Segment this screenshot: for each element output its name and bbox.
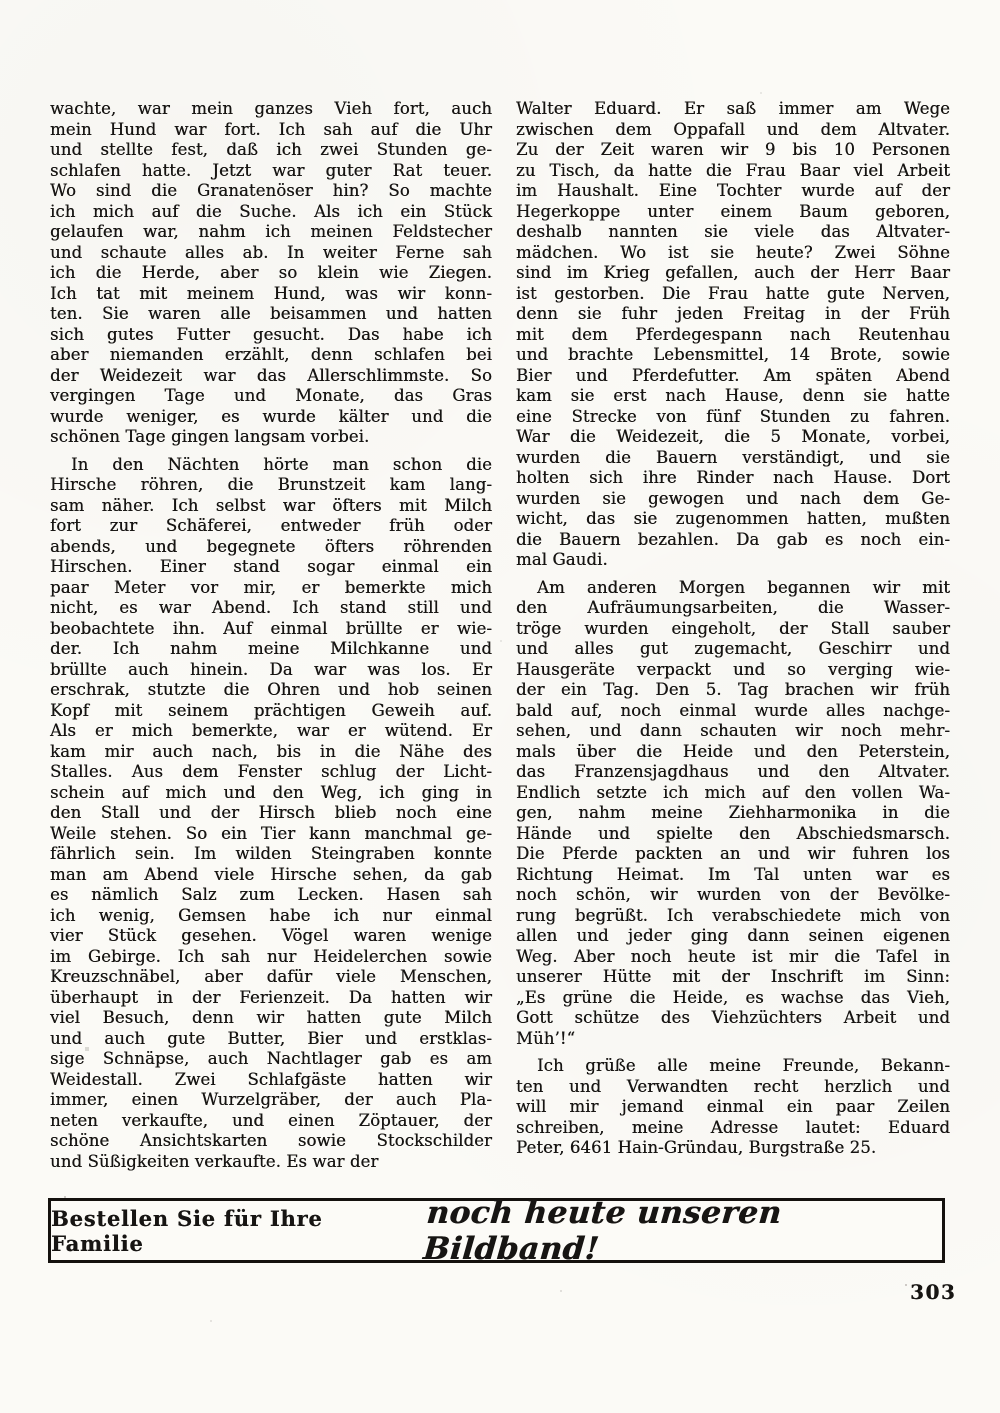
text-line: Bier und Pferdefutter. Am späten Abend <box>516 366 950 387</box>
text-line: kam mir auch nach, bis in die Nähe des <box>50 742 492 763</box>
text-line: schein auf mich und den Weg, ich ging in <box>50 783 492 804</box>
text-line: mädchen. Wo ist sie heute? Zwei Söhne <box>516 243 950 264</box>
text-line: Peter, 6461 Hain-Gründau, Burgstraße 25. <box>516 1138 950 1159</box>
text-line: den Aufräumungsarbeiten, die Wasser- <box>516 598 950 619</box>
text-line: Als er mich bemerkte, war er wütend. Er <box>50 721 492 742</box>
text-line: nicht, es war Abend. Ich stand still und <box>50 598 492 619</box>
text-line: gen, nahm meine Ziehharmonika in die <box>516 803 950 824</box>
text-line: neten verkaufte, und einen Zöptauer, der <box>50 1111 492 1132</box>
text-line: ist gestorben. Die Frau hatte gute Nerve… <box>516 284 950 305</box>
text-line: Zu der Zeit waren wir 9 bis 10 Personen <box>516 140 950 161</box>
scan-specks <box>0 0 2 2</box>
text-line: Richtung Heimat. Im Tal unten war es <box>516 865 950 886</box>
text-line: aber niemanden erzählt, denn schlafen be… <box>50 345 492 366</box>
text-line: erschrak, stutzte die Ohren und hob sein… <box>50 680 492 701</box>
text-line: im Haushalt. Eine Tochter wurde auf der <box>516 181 950 202</box>
text-line: sam näher. Ich selbst war öfters mit Mil… <box>50 496 492 517</box>
text-line: abends, und begegnete öfters röhrenden <box>50 537 492 558</box>
text-line: ten. Sie waren alle beisammen und hatten <box>50 304 492 325</box>
text-line: vergingen Tage und Monate, das Gras <box>50 386 492 407</box>
text-line: will mir jemand einmal ein paar Zeilen <box>516 1097 950 1118</box>
text-line: sind im Krieg gefallen, auch der Herr Ba… <box>516 263 950 284</box>
text-line: und alles gut zugemacht, Geschirr und <box>516 639 950 660</box>
text-line: Ich grüße alle meine Freunde, Bekann- <box>516 1056 950 1077</box>
text-line: im Gebirge. Ich sah nur Heidelerchen sow… <box>50 947 492 968</box>
left-column: wachte, war mein ganzes Vieh fort, auchm… <box>50 99 492 1172</box>
text-line: fährlich sein. Im wilden Steingraben kon… <box>50 844 492 865</box>
text-line: wurde weniger, es wurde kälter und die <box>50 407 492 428</box>
text-line: Stalles. Aus dem Fenster schlug der Lich… <box>50 762 492 783</box>
order-banner: Bestellen Sie für Ihre Familie noch heut… <box>48 1198 945 1263</box>
text-line: Weg. Aber noch heute ist mir die Tafel i… <box>516 947 950 968</box>
text-line: und stellte fest, daß ich zwei Stunden g… <box>50 140 492 161</box>
text-line: eine Strecke von fünf Stunden zu fahren. <box>516 407 950 428</box>
text-line: Die Pferde packten an und wir fuhren los <box>516 844 950 865</box>
text-line: allen und jeder ging dann seinen eigenen <box>516 926 950 947</box>
text-line: und brachte Lebensmittel, 14 Brote, sowi… <box>516 345 950 366</box>
text-line: War die Weidezeit, die 5 Monate, vorbei, <box>516 427 950 448</box>
text-line: überhaupt in der Ferienzeit. Da hatten w… <box>50 988 492 1009</box>
text-line: deshalb nannten sie viele das Altvater- <box>516 222 950 243</box>
text-line: bald auf, noch einmal wurde alles nachge… <box>516 701 950 722</box>
text-line: Hirsche röhren, die Brunstzeit kam lang- <box>50 475 492 496</box>
text-line: Kreuzschnäbel, aber dafür viele Menschen… <box>50 967 492 988</box>
banner-headline: noch heute unseren Bildband! <box>422 1195 945 1267</box>
text-line: noch schön, wir wurden von der Bevölke- <box>516 885 950 906</box>
text-line: ich die Herde, aber so klein wie Ziegen. <box>50 263 492 284</box>
text-line: Hände und spielte den Abschiedsmarsch. <box>516 824 950 845</box>
right-column: Walter Eduard. Er saß immer am Wegezwisc… <box>516 99 950 1172</box>
text-line: kam sie erst nach Hause, denn sie hatte <box>516 386 950 407</box>
text-line: fort zur Schäferei, entweder früh oder <box>50 516 492 537</box>
text-line: ich mich auf die Suche. Als ich ein Stüc… <box>50 202 492 223</box>
text-line: Ich tat mit meinem Hund, was wir konn- <box>50 284 492 305</box>
paragraph: Walter Eduard. Er saß immer am Wegezwisc… <box>516 99 950 571</box>
text-line: und schaute alles ab. In weiter Ferne sa… <box>50 243 492 264</box>
text-line: Müh’!“ <box>516 1029 950 1050</box>
text-line: man am Abend viele Hirsche sehen, da gab <box>50 865 492 886</box>
text-line: mal Gaudi. <box>516 550 950 571</box>
text-line: schönen Tage gingen langsam vorbei. <box>50 427 492 448</box>
text-line: wachte, war mein ganzes Vieh fort, auch <box>50 99 492 120</box>
text-line: gelaufen war, nahm ich meinen Feldsteche… <box>50 222 492 243</box>
text-line: mals über die Heide und den Peterstein, <box>516 742 950 763</box>
text-line: es nämlich Salz zum Lecken. Hasen sah <box>50 885 492 906</box>
text-line: sehen, und dann schauten wir noch mehr- <box>516 721 950 742</box>
text-line: und auch gute Butter, Bier und erstklas- <box>50 1029 492 1050</box>
text-line: Gott schütze des Viehzüchters Arbeit und <box>516 1008 950 1029</box>
text-line: schlafen hatte. Jetzt war guter Rat teue… <box>50 161 492 182</box>
text-line: holten sich ihre Rinder nach Hause. Dort <box>516 468 950 489</box>
text-line: der. Ich nahm meine Milchkanne und <box>50 639 492 660</box>
text-line: zu Tisch, da hatte die Frau Baar viel Ar… <box>516 161 950 182</box>
text-line: wurden sie gewogen und nach dem Ge- <box>516 489 950 510</box>
text-line: sige Schnäpse, auch Nachtlager gab es am <box>50 1049 492 1070</box>
text-line: wicht, das sie zugenommen hatten, mußten <box>516 509 950 530</box>
text-line: die Bauern bezahlen. Da gab es noch ein- <box>516 530 950 551</box>
text-line: schreiben, meine Adresse lautet: Eduard <box>516 1118 950 1139</box>
text-line: unserer Hütte mit der Inschrift im Sinn: <box>516 967 950 988</box>
text-line: denn sie fuhr jeden Freitag in der Früh <box>516 304 950 325</box>
text-line: Weidestall. Zwei Schlafgäste hatten wir <box>50 1070 492 1091</box>
text-line: Walter Eduard. Er saß immer am Wege <box>516 99 950 120</box>
text-line: viel Besuch, denn wir hatten gute Milch <box>50 1008 492 1029</box>
text-line: Am anderen Morgen begannen wir mit <box>516 578 950 599</box>
text-line: ten und Verwandten recht herzlich und <box>516 1077 950 1098</box>
text-line: und Süßigkeiten verkaufte. Es war der <box>50 1152 492 1173</box>
paragraph: wachte, war mein ganzes Vieh fort, auchm… <box>50 99 492 448</box>
text-line: tröge wurden eingeholt, der Stall sauber <box>516 619 950 640</box>
banner-label: Bestellen Sie für Ihre Familie <box>51 1206 399 1256</box>
text-line: „Es grüne die Heide, es wachse das Vieh, <box>516 988 950 1009</box>
text-line: schöne Ansichtskarten sowie Stockschilde… <box>50 1131 492 1152</box>
text-line: vier Stück gesehen. Vögel waren wenige <box>50 926 492 947</box>
text-line: der Weidezeit war das Allerschlimmste. S… <box>50 366 492 387</box>
text-line: das Franzensjagdhaus und den Altvater. <box>516 762 950 783</box>
text-line: Hegerkoppe unter einem Baum geboren, <box>516 202 950 223</box>
text-line: der ein Tag. Den 5. Tag brachen wir früh <box>516 680 950 701</box>
text-line: Hausgeräte verpackt und so verging wie- <box>516 660 950 681</box>
text-line: den Stall und der Hirsch blieb noch eine <box>50 803 492 824</box>
paragraph: Am anderen Morgen begannen wir mitden Au… <box>516 578 950 1050</box>
text-line: In den Nächten hörte man schon die <box>50 455 492 476</box>
text-line: Wo sind die Granatenöser hin? So machte <box>50 181 492 202</box>
text-line: Endlich setzte ich mich auf den vollen W… <box>516 783 950 804</box>
paragraph: Ich grüße alle meine Freunde, Bekann-ten… <box>516 1056 950 1159</box>
page-number: 303 <box>910 1280 956 1304</box>
text-line: rung begrüßt. Ich verabschiedete mich vo… <box>516 906 950 927</box>
text-line: Kopf mit seinem prächtigen Geweih auf. <box>50 701 492 722</box>
text-line: wurden die Bauern verständigt, und sie <box>516 448 950 469</box>
text-line: sich gutes Futter gesucht. Das habe ich <box>50 325 492 346</box>
paragraph: In den Nächten hörte man schon dieHirsch… <box>50 455 492 1173</box>
text-line: immer, einen Wurzelgräber, der auch Pla- <box>50 1090 492 1111</box>
text-line: Hirschen. Einer stand sogar einmal ein <box>50 557 492 578</box>
text-line: brüllte auch hinein. Da war was los. Er <box>50 660 492 681</box>
text-line: Weile stehen. So ein Tier kann manchmal … <box>50 824 492 845</box>
text-line: beobachtete ihn. Auf einmal brüllte er w… <box>50 619 492 640</box>
text-line: zwischen dem Oppafall und dem Altvater. <box>516 120 950 141</box>
text-columns: wachte, war mein ganzes Vieh fort, auchm… <box>50 99 950 1172</box>
text-line: mein Hund war fort. Ich sah auf die Uhr <box>50 120 492 141</box>
text-line: paar Meter vor mir, er bemerkte mich <box>50 578 492 599</box>
text-line: ich wenig, Gemsen habe ich nur einmal <box>50 906 492 927</box>
text-line: mit dem Pferdegespann nach Reutenhau <box>516 325 950 346</box>
